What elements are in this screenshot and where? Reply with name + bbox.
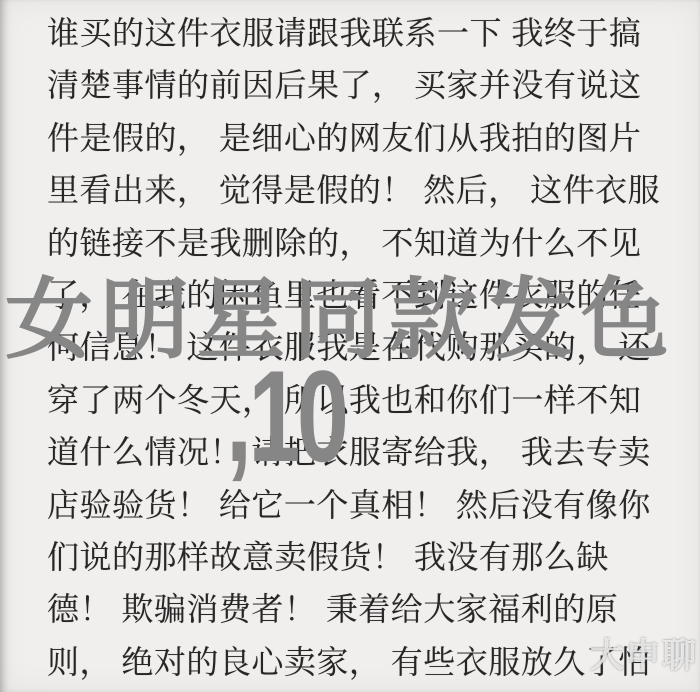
post-text-line: 穿了两个冬天， 所以我也和你们一样不知 bbox=[47, 374, 700, 426]
post-text-line: 们说的那样故意卖假货！ 我没有那么缺 bbox=[47, 531, 700, 583]
post-text-line: 清楚事情的前因后果了， 买家并没有说这 bbox=[47, 59, 700, 111]
post-text-line: 了， 在我的闲鱼里也看不到这件衣服的任 bbox=[47, 269, 700, 321]
corner-watermark: 大申聊 bbox=[590, 628, 698, 677]
post-text-line: 何信息！ 这件衣服我是在代购那买的， 还 bbox=[47, 321, 700, 373]
post-text-line: 道什么情况！ 请把衣服寄给我， 我去专卖 bbox=[47, 426, 700, 478]
post-text-line: 谁买的这件衣服请跟我联系一下 我终于搞 bbox=[47, 7, 700, 59]
post-text-line: 的链接不是我删除的， 不知道为什么不见 bbox=[47, 217, 700, 269]
post-screenshot: 谁买的这件衣服请跟我联系一下 我终于搞 清楚事情的前因后果了， 买家并没有说这 … bbox=[0, 0, 700, 692]
post-text-line: 店验验货！ 给它一个真相！ 然后没有像你 bbox=[47, 479, 700, 531]
post-text-line: 件是假的， 是细心的网友们从我拍的图片 bbox=[47, 112, 700, 164]
post-text-line: 里看出来， 觉得是假的！ 然后， 这件衣服 bbox=[47, 164, 700, 216]
post-text: 谁买的这件衣服请跟我联系一下 我终于搞 清楚事情的前因后果了， 买家并没有说这 … bbox=[47, 7, 700, 688]
